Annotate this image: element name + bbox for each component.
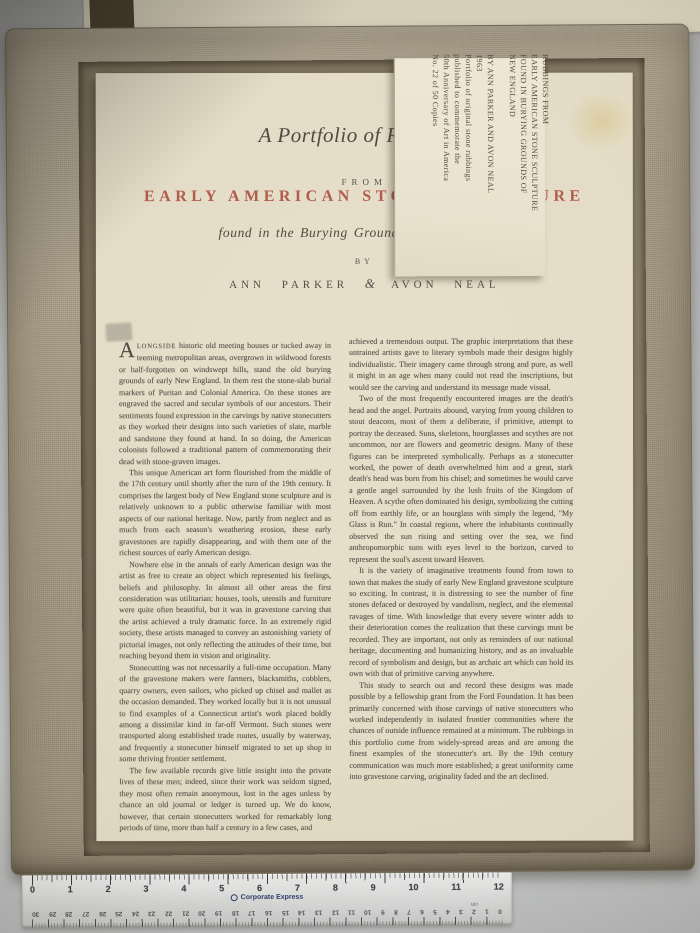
corporate-express-logo-icon [231, 894, 238, 901]
ruler-brand: Corporate Express [231, 894, 304, 901]
body-paragraph-lead: ALONGSIDE historic old meeting houses or… [119, 340, 331, 467]
ruler-cm-label: 21 [182, 909, 189, 916]
authors-line: ANN PARKER & AVON NEAL [96, 276, 633, 292]
ruler-inch-label: 9 [371, 882, 376, 892]
ruler-cm-label: 8 [394, 908, 398, 915]
body-paragraph: This study to search out and record thes… [349, 679, 573, 782]
ruler-cm-label: 13 [315, 909, 322, 916]
colophon-line: 1963 [474, 54, 485, 260]
colophon-line: 50th Anniversary of Art in America [441, 54, 452, 260]
subtitle-italic: found in the Burying Grounds of New Engl… [96, 225, 633, 241]
ruler-cm-label: 18 [232, 909, 239, 916]
colophon-line: EARLY AMERICAN STONE SCULPTURE [529, 54, 540, 260]
ruler-inch-numbers: 0123456789101112 [30, 882, 504, 895]
ruler-cm-label: 26 [99, 910, 106, 917]
ampersand: & [365, 276, 375, 291]
ruler-cm-label: 17 [248, 909, 255, 916]
ruler-cm-label: 5 [433, 908, 437, 915]
colophon-line: NEW ENGLAND [507, 54, 518, 260]
main-title-red: EARLY AMERICAN STONE SCULPTURE [96, 188, 633, 206]
drop-cap: A [119, 340, 135, 359]
ruler-cm-label: 23 [149, 910, 156, 917]
ruler-cm-label: 0 [498, 908, 502, 915]
ruler-cm-label: 16 [265, 909, 272, 916]
ruler-inch-label: 5 [219, 883, 224, 893]
colophon-line: Portfolio of original stone rubbings [463, 54, 474, 260]
colophon-line [496, 54, 507, 260]
author-ann-parker: ANN PARKER [229, 279, 348, 291]
ruler-cm-label: 11 [348, 908, 355, 915]
lead-paragraph-text: historic old meeting houses or tucked aw… [119, 341, 331, 466]
ruler-cm-label: 27 [82, 910, 89, 917]
body-paragraph: Two of the most frequently encountered i… [349, 393, 573, 565]
ruler-cm-label: 14 [298, 909, 305, 916]
ruler-cm-label: 30 [32, 910, 39, 917]
ruler-inch-label: 3 [143, 884, 148, 894]
title-page-sheet: A Portfolio of Rubbings FROM EARLY AMERI… [96, 73, 634, 841]
colophon-line: No. 22 of 50 Copies [430, 54, 441, 260]
body-paragraph: Stonecutting was not necessarily a full-… [119, 662, 331, 765]
photo-of-open-portfolio-case: A Portfolio of Rubbings FROM EARLY AMERI… [0, 0, 700, 933]
ruler-inch-label: 4 [181, 883, 186, 893]
ruler-cm-unit-label: cm [471, 901, 478, 907]
ruler-inch-label: 6 [257, 883, 262, 893]
body-paragraph: This unique American art form flourished… [119, 467, 331, 559]
ruler-cm-label: 12 [332, 909, 339, 916]
ruler-cm-label: 22 [165, 910, 172, 917]
colophon-line: BY ANN PARKER AND AVON NEAL [485, 54, 496, 260]
ruler-cm-label: 4 [446, 908, 450, 915]
author-avon-neal: AVON NEAL [391, 279, 499, 291]
body-paragraph: It is the variety of imaginative treatme… [349, 565, 573, 680]
ruler-cm-ticks [32, 917, 502, 928]
ruler-cm-label: 29 [49, 910, 56, 917]
from-label: FROM [96, 177, 633, 187]
ruler-inch-label: 11 [451, 882, 461, 892]
ruler-inch-label: 7 [295, 883, 300, 893]
colophon-rotated-text: RUBBINGS FROMEARLY AMERICAN STONE SCULPT… [429, 54, 551, 260]
lead-word: LONGSIDE [137, 343, 176, 350]
ruler-cm-label: 6 [420, 908, 424, 915]
ruler-inch-label: 0 [30, 884, 35, 894]
by-label: BY [96, 257, 633, 266]
ruler-inch-label: 2 [106, 884, 111, 894]
ruler-cm-label: 28 [65, 910, 72, 917]
ruler-cm-label: 25 [115, 910, 122, 917]
body-paragraph: Nowhere else in the annals of early Amer… [119, 559, 331, 662]
body-column-left: ALONGSIDE historic old meeting houses or… [119, 340, 331, 834]
ruler-cm-label: 9 [381, 908, 385, 915]
ruler-brand-text: Corporate Express [241, 894, 304, 901]
ruler-inch-label: 8 [333, 883, 338, 893]
colophon-line: RUBBINGS FROM [540, 54, 551, 260]
body-column-right: achieved a tremendous output. The graphi… [349, 336, 573, 783]
linen-portfolio-box: A Portfolio of Rubbings FROM EARLY AMERI… [5, 24, 695, 876]
ruler-cm-label: 10 [365, 908, 372, 915]
ruler-cm-label: 7 [407, 908, 411, 915]
ruler-cm-label: 2 [472, 908, 476, 915]
ruler-cm-label: 1 [485, 908, 489, 915]
colophon-line: published to commemorate the [452, 54, 463, 260]
portfolio-title-script: A Portfolio of Rubbings [96, 123, 633, 148]
ruler-cm-label: 19 [215, 909, 222, 916]
corporate-express-ruler: 0123456789101112 Corporate Express 30292… [22, 873, 512, 928]
ruler-cm-label: 15 [282, 909, 289, 916]
colophon-insert-card: RUBBINGS FROMEARLY AMERICAN STONE SCULPT… [394, 58, 545, 276]
ruler-cm-numbers: 3029282726252423222120191817161514131211… [32, 908, 502, 918]
ruler-cm-label: 24 [132, 910, 139, 917]
ruler-inch-label: 12 [494, 882, 504, 892]
ruler-cm-label: 20 [198, 909, 205, 916]
ruler-inch-label: 10 [408, 882, 418, 892]
colophon-line: FOUND IN BURYING GROUNDS OF [518, 54, 529, 260]
ruler-inch-label: 1 [68, 884, 73, 894]
ruler-cm-label: 3 [459, 908, 463, 915]
body-paragraph: achieved a tremendous output. The graphi… [349, 336, 573, 393]
body-paragraph: The few available records give little in… [119, 765, 331, 834]
